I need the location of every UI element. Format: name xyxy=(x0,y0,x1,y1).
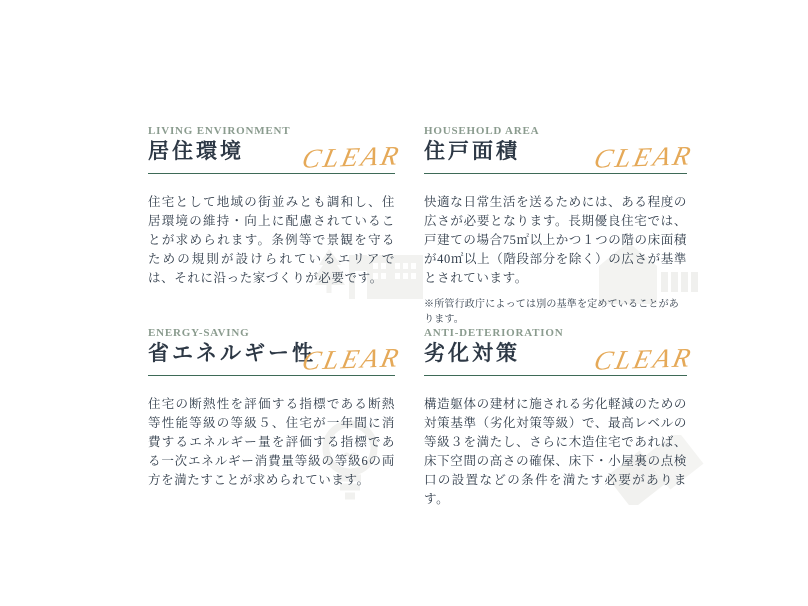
housing-quality-page: LIVING ENVIRONMENT 居住環境 CLEAR 住宅として地域の街並… xyxy=(0,0,808,606)
section-body: 構造躯体の建材に施される劣化軽減のための対策基準（劣化対策等級）で、最高レベルの… xyxy=(424,395,687,509)
clear-stamp: CLEAR xyxy=(592,342,697,376)
section-living-environment: LIVING ENVIRONMENT 居住環境 CLEAR 住宅として地域の街並… xyxy=(148,125,395,288)
clear-stamp: CLEAR xyxy=(300,342,405,376)
section-energy-saving: ENERGY-SAVING 省エネルギー性 CLEAR 住宅の断熱性を評価する指… xyxy=(148,327,395,490)
section-title-row: 居住環境 CLEAR xyxy=(148,140,395,174)
clear-stamp: CLEAR xyxy=(592,140,697,174)
section-body: 住宅として地域の街並みとも調和し、住居環境の維持・向上に配慮されていることが求め… xyxy=(148,193,395,288)
section-body: 快適な日常生活を送るためには、ある程度の広さが必要となります。長期優良住宅では、… xyxy=(424,193,687,288)
section-note: ※所管行政庁によっては別の基準を定めていることがあります。 xyxy=(424,295,687,325)
section-label-en: HOUSEHOLD AREA xyxy=(424,125,687,137)
section-label-en: ANTI-DETERIORATION xyxy=(424,327,687,339)
section-body: 住宅の断熱性を評価する指標である断熱等性能等級の等級５、住宅が一年間に消費するエ… xyxy=(148,395,395,490)
section-household-area: HOUSEHOLD AREA 住戸面積 CLEAR 快適な日常生活を送るためには… xyxy=(424,125,687,325)
section-label-en: ENERGY-SAVING xyxy=(148,327,395,339)
section-title-row: 住戸面積 CLEAR xyxy=(424,140,687,174)
section-title-row: 劣化対策 CLEAR xyxy=(424,342,687,376)
section-title-row: 省エネルギー性 CLEAR xyxy=(148,342,395,376)
section-label-en: LIVING ENVIRONMENT xyxy=(148,125,395,137)
clear-stamp: CLEAR xyxy=(300,140,405,174)
section-anti-deterioration: ANTI-DETERIORATION 劣化対策 CLEAR 構造躯体の建材に施さ… xyxy=(424,327,687,509)
